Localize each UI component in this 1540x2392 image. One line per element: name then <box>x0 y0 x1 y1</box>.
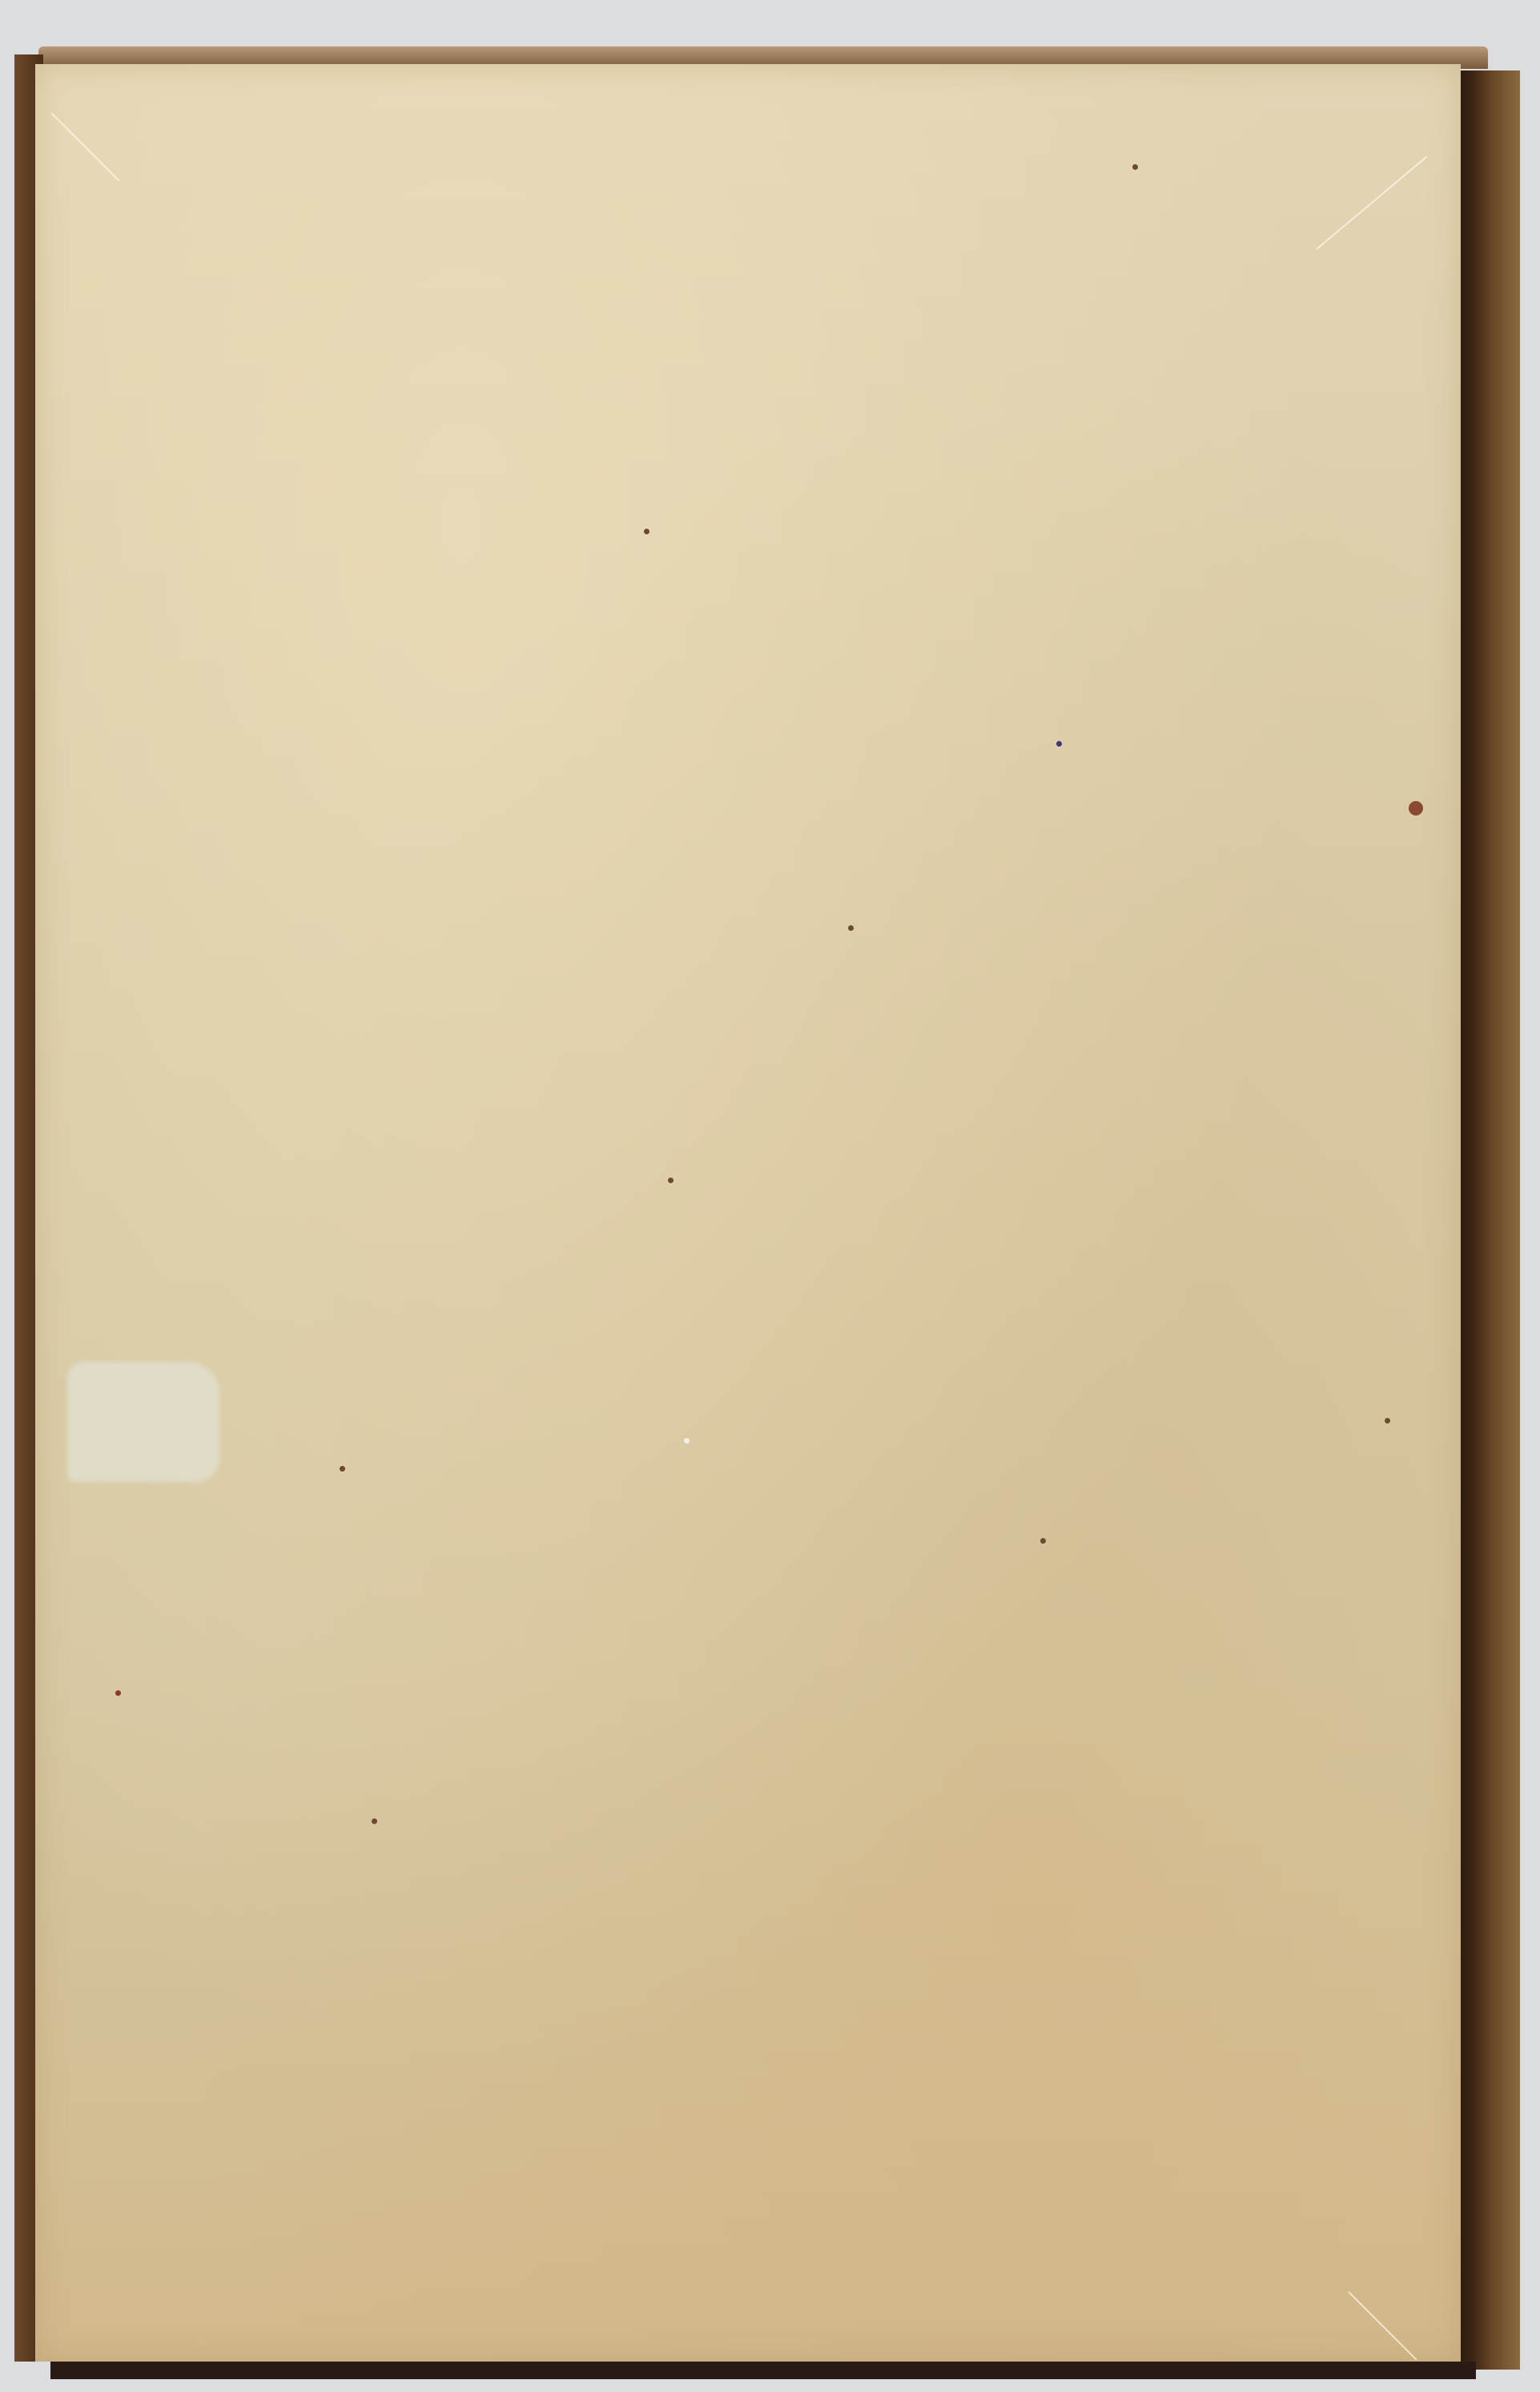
stain-mark <box>1409 801 1423 815</box>
corner-crease <box>50 112 119 181</box>
speck <box>684 1438 690 1444</box>
speck <box>668 1178 673 1183</box>
cardboard-box <box>14 46 1520 2379</box>
box-bottom-edge <box>50 2362 1476 2379</box>
speck <box>1056 741 1062 747</box>
speck <box>340 1466 345 1472</box>
speck <box>1385 1418 1390 1424</box>
box-right-wall <box>1456 70 1520 2370</box>
corner-crease <box>1316 156 1427 250</box>
box-panel-surface <box>35 64 1461 2362</box>
speck <box>372 1818 377 1824</box>
corner-crease <box>1348 2291 1417 2360</box>
scuff-mark <box>67 1362 219 1482</box>
speck <box>644 529 649 534</box>
speck <box>1040 1538 1046 1544</box>
speck <box>115 1690 121 1696</box>
speck <box>1132 164 1138 170</box>
speck <box>848 925 854 931</box>
